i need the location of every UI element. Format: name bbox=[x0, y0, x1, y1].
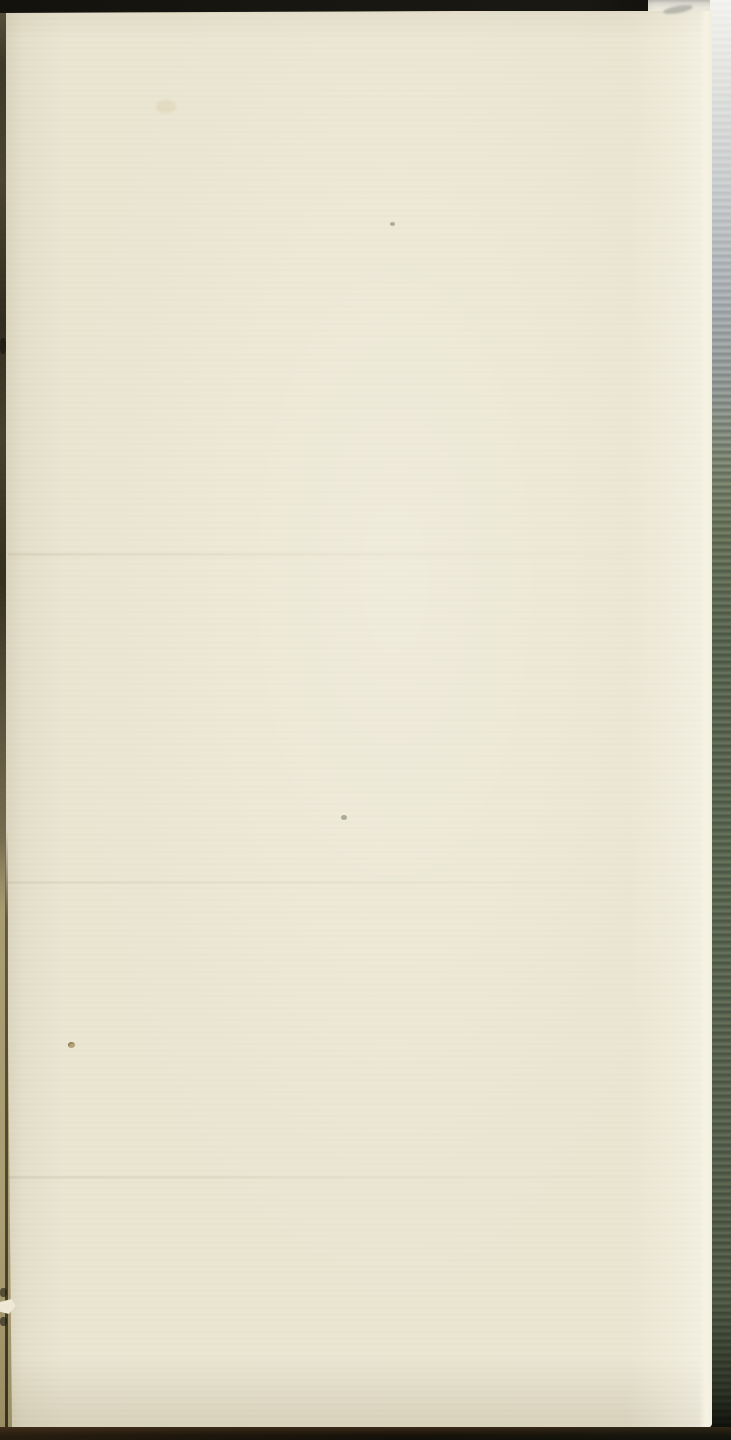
gutter-dark-blob bbox=[0, 1288, 7, 1297]
gutter-shadow-line bbox=[5, 830, 8, 1428]
paper-stain bbox=[156, 100, 176, 113]
paper-speck bbox=[341, 815, 347, 820]
page-edge-highlight bbox=[699, 11, 712, 1428]
cover-board-bottom-edge bbox=[0, 1427, 731, 1440]
gutter-dark-blob bbox=[0, 1317, 7, 1326]
paper-streak bbox=[8, 553, 706, 556]
fore-edge-page-stack bbox=[710, 0, 731, 1440]
blank-page bbox=[6, 11, 712, 1428]
paper-speck bbox=[390, 222, 395, 226]
paper-streak bbox=[8, 881, 706, 884]
paper-speck bbox=[68, 1042, 75, 1048]
book-scan bbox=[0, 0, 731, 1440]
paper-streak bbox=[8, 1176, 706, 1179]
